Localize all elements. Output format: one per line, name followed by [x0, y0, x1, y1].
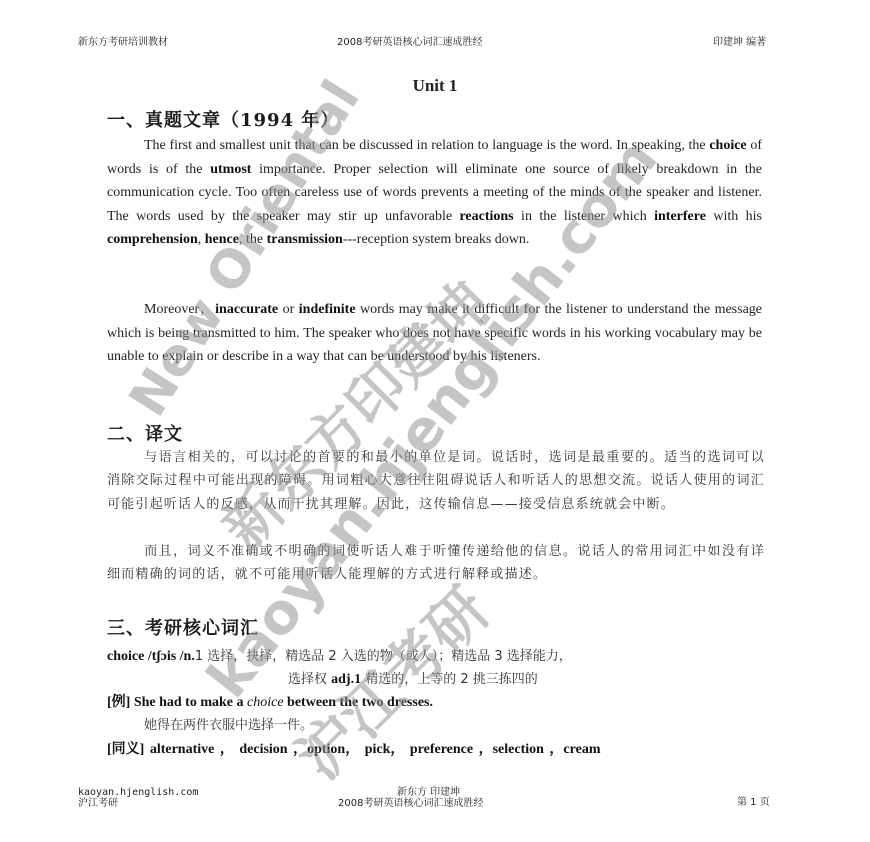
section3-title: 三、考研核心词汇: [107, 614, 259, 640]
example-translation: 她得在两件衣服中选择一件。: [144, 714, 804, 733]
footer-site: kaoyan.hjenglish.com: [78, 787, 198, 798]
header-left: 新东方考研培训教材: [78, 33, 168, 48]
section2-title: 二、译文: [107, 420, 183, 446]
footer-author: 新东方 印建坤: [397, 787, 460, 798]
translation-paragraph-2: 而且，词义不准确或不明确的词使听话人难于听懂传递给他的信息。说话人的常用词汇中如…: [107, 540, 765, 587]
footer-book-title: 2008考研英语核心词汇速成胜经: [338, 798, 483, 809]
unit-title: Unit 1: [0, 76, 870, 96]
example-sentence: [例] She had to make a choice between the…: [107, 691, 767, 711]
synonyms: [同义] alternative ， decision ，option， pic…: [107, 738, 767, 758]
vocab-entry-line-2: 选择权 adj.1 精选的，上等的 2 挑三拣四的: [288, 668, 768, 688]
passage-paragraph-1: The first and smallest unit that can be …: [107, 134, 762, 252]
translation-paragraph-1: 与语言相关的，可以讨论的首要的和最小的单位是词。说话时，选词是最重要的。适当的选…: [107, 446, 765, 516]
header-center: 2008考研英语核心词汇速成胜经: [337, 33, 482, 48]
header-right: 印建坤 编著: [713, 33, 766, 48]
vocab-entry-line-1: choice /tʃɔis /n.1 选择，抉择，精选品 2 入选的物（或人）；…: [107, 645, 767, 665]
footer-brand: 沪江考研: [78, 798, 118, 809]
section1-title: 一、真题文章（1994 年）: [107, 106, 339, 132]
passage-paragraph-2: Moreover，inaccurate or indefinite words …: [107, 298, 762, 369]
page-number: 第 1 页: [737, 797, 770, 808]
